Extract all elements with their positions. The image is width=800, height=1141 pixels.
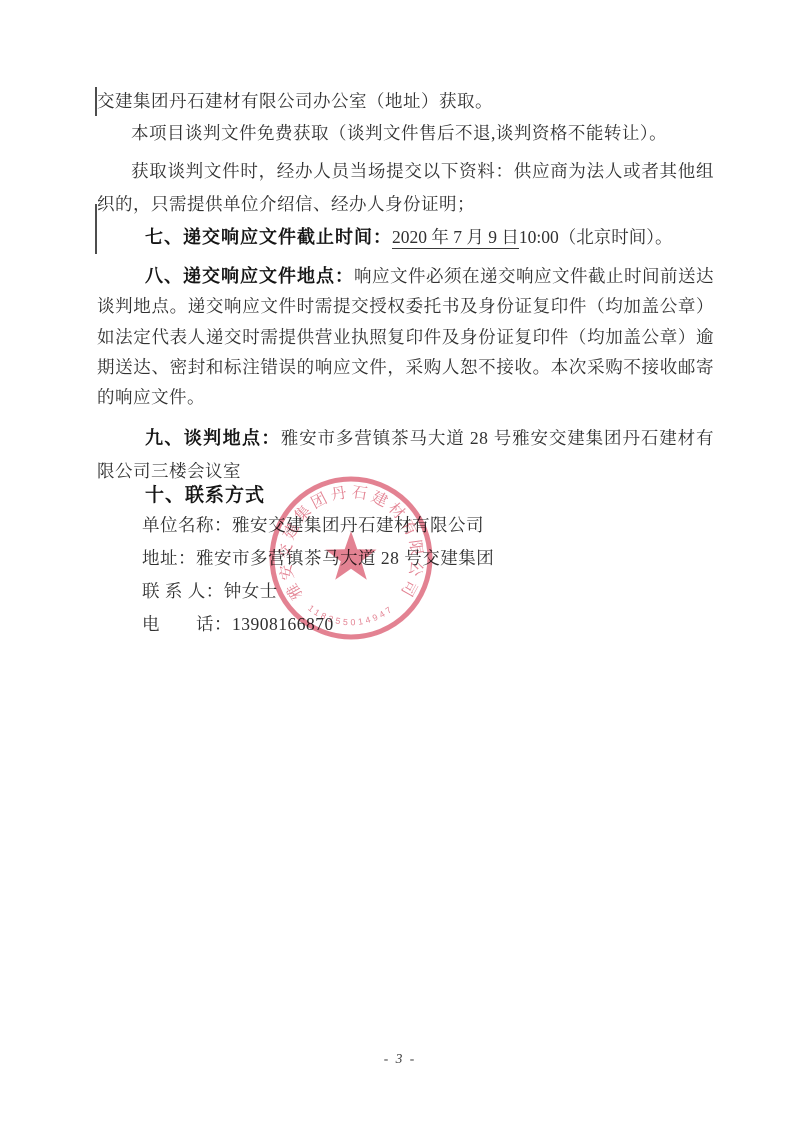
contact-row-address: 地址：雅安市多营镇茶马大道 28 号交建集团 (142, 545, 494, 570)
section-8-heading: 八、递交响应文件地点： (145, 266, 354, 286)
intro-line-1: 交建集团丹石建材有限公司办公室（地址）获取。 (97, 91, 493, 112)
intro-paragraph-3: 获取谈判文件时，经办人员当场提交以下资料：供应商为法人或者其他组织的，只需提供单… (97, 155, 714, 221)
section-10-heading: 十、联系方式 (145, 480, 265, 507)
section-8-paragraph: 八、递交响应文件地点：响应文件必须在递交响应文件截止时间前送达谈判地点。递交响应… (97, 261, 714, 412)
contact-row-person: 联 系 人：钟女士 (142, 578, 278, 603)
section-9-heading: 九、谈判地点： (145, 428, 281, 448)
deadline-time: 10:00（北京时间）。 (519, 227, 673, 247)
contact-value-phone: 13908166870 (232, 614, 334, 634)
section-7-heading: 七、递交响应文件截止时间： (145, 227, 392, 247)
contact-value-address: 雅安市多营镇茶马大道 28 号交建集团 (196, 548, 494, 568)
seal-company-arc-text-holder: 雅安交建集团丹石建材有限公司 (276, 483, 426, 603)
contact-row-phone: 电 话：13908166870 (142, 611, 334, 636)
contact-label-person: 联 系 人： (142, 581, 224, 601)
page-number: - 3 - (0, 1051, 800, 1067)
contact-label-address: 地址： (142, 548, 196, 568)
deadline-date: 2020 年 7 月 9 日 (392, 227, 519, 249)
contact-label-company: 单位名称： (142, 515, 232, 535)
section-9-paragraph: 九、谈判地点：雅安市多营镇茶马大道 28 号雅安交建集团丹石建材有限公司三楼会议… (97, 422, 714, 487)
section-8-body: 响应文件必须在递交响应文件截止时间前送达谈判地点。递交响应文件时需提交授权委托书… (97, 266, 714, 407)
contact-value-company: 雅安交建集团丹石建材有限公司 (232, 515, 484, 535)
section-7-line: 七、递交响应文件截止时间：2020 年 7 月 9 日10:00（北京时间）。 (145, 223, 673, 249)
contact-value-person: 钟女士 (224, 581, 278, 601)
document-page: 交建集团丹石建材有限公司办公室（地址）获取。 本项目谈判文件免费获取（谈判文件售… (0, 0, 800, 1141)
contact-row-company: 单位名称：雅安交建集团丹石建材有限公司 (142, 512, 484, 537)
seal-company-name: 雅安交建集团丹石建材有限公司 (276, 483, 426, 603)
contact-label-phone: 电 话： (142, 614, 232, 634)
intro-line-2: 本项目谈判文件免费获取（谈判文件售后不退,谈判资格不能转让）。 (131, 123, 667, 144)
